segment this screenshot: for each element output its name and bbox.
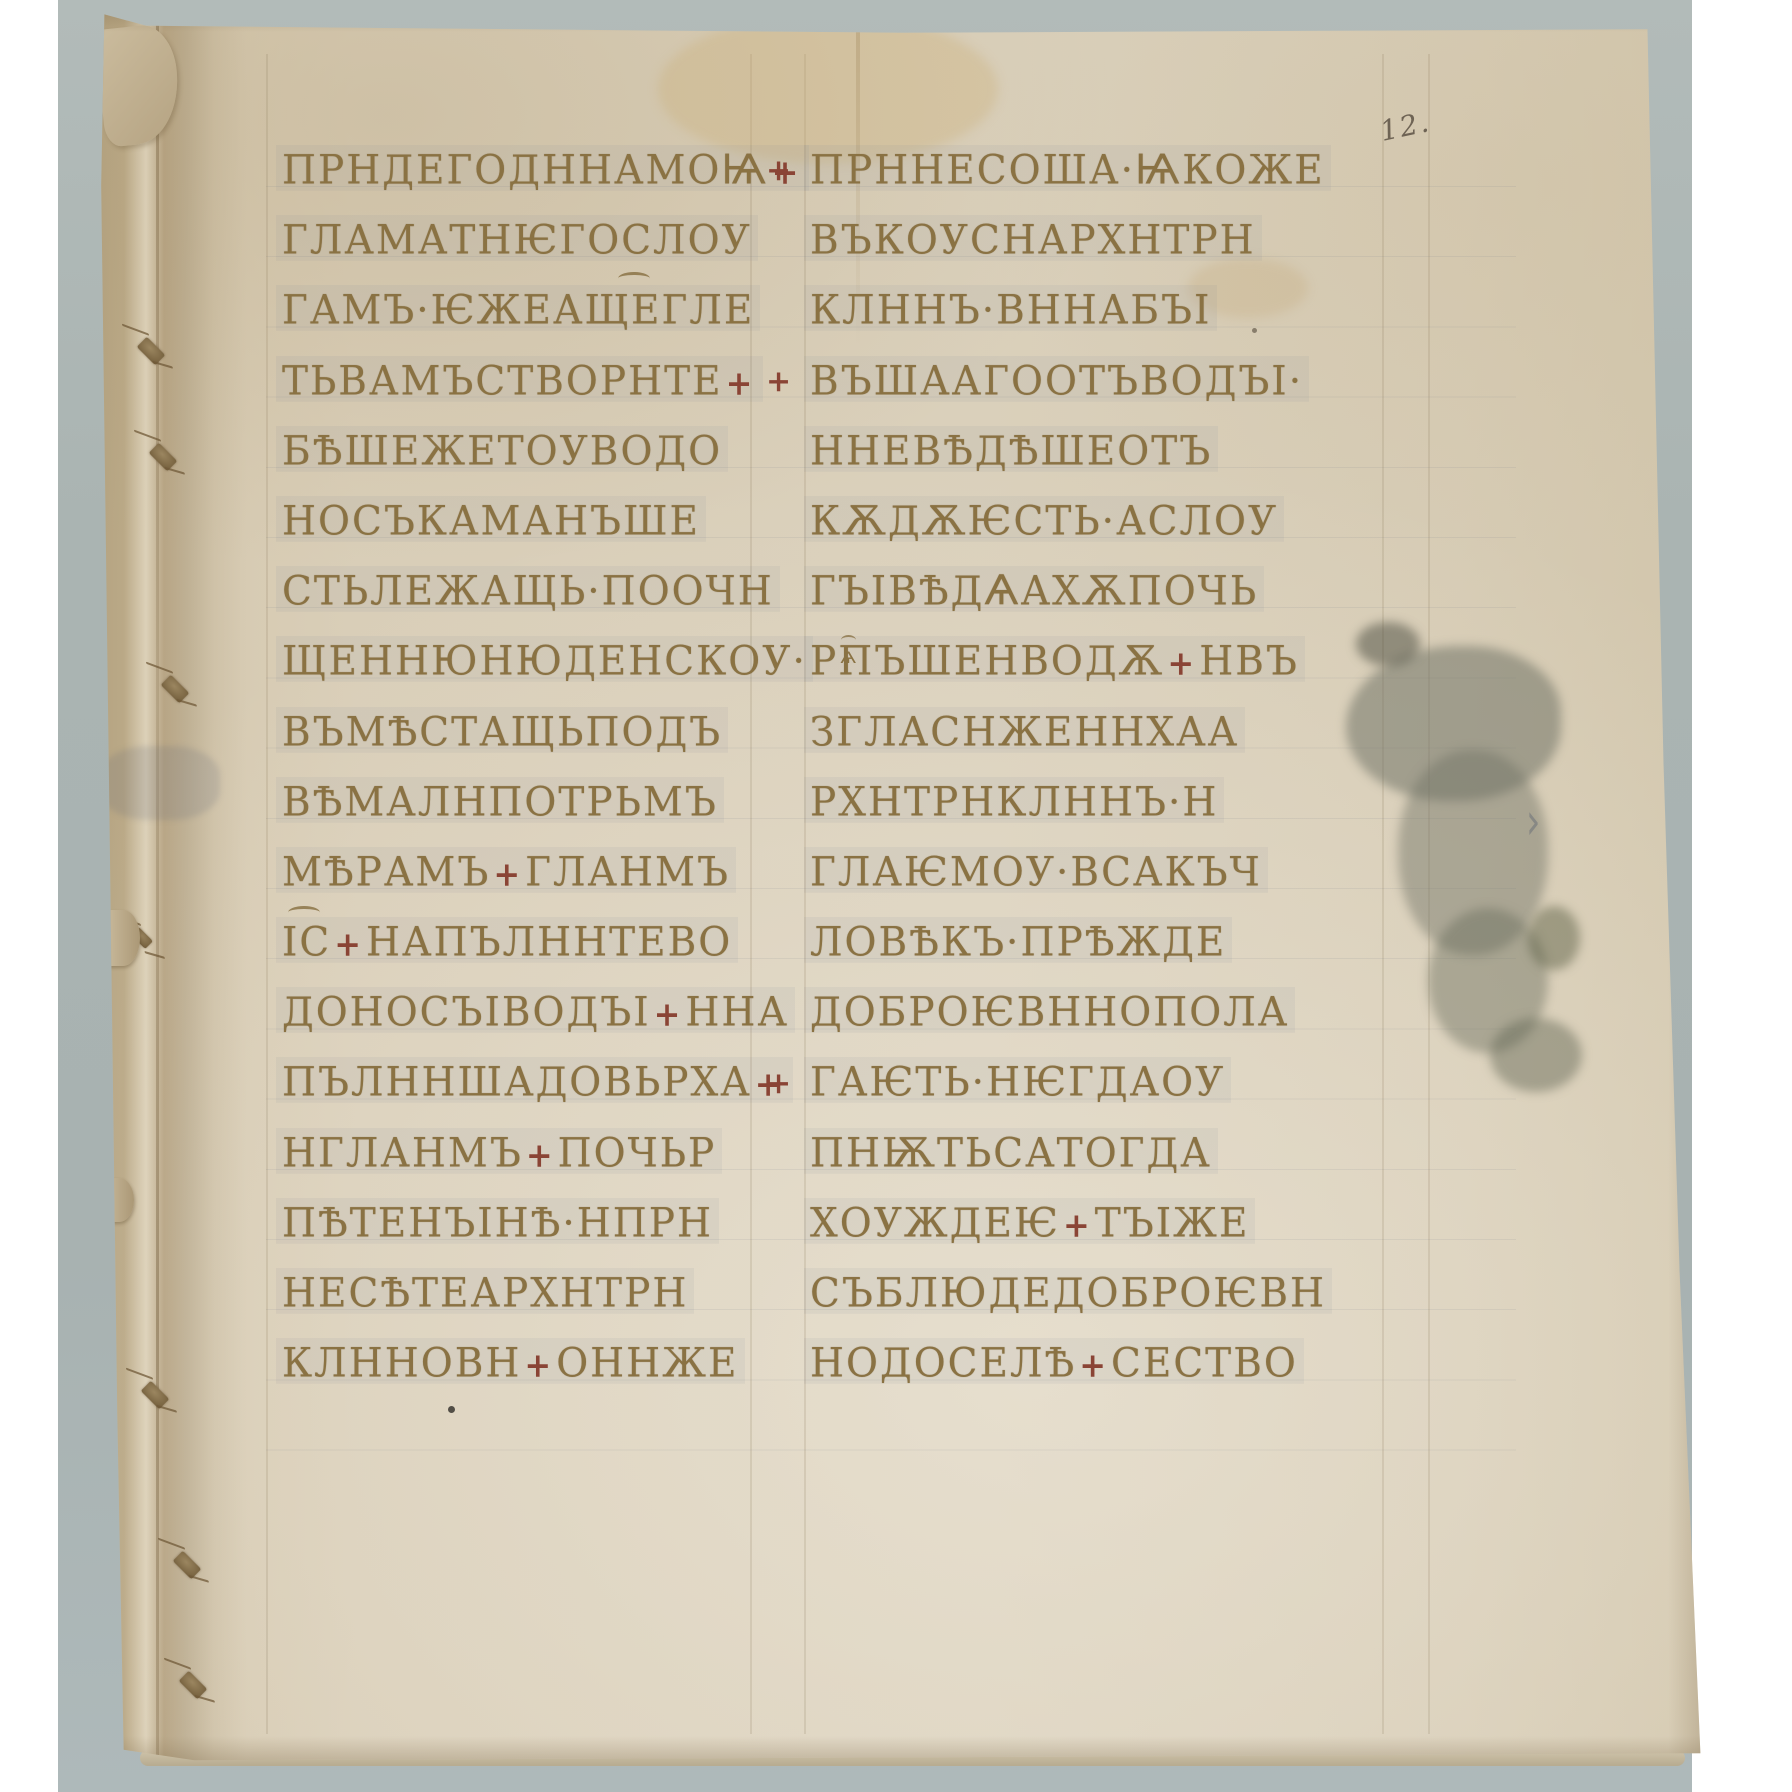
- text-line: ТЬВАМЪСТВОРНТЕ+: [282, 345, 757, 418]
- rubric-cross-icon: +: [1079, 1345, 1108, 1385]
- text-line: РХНТРНКЛННЪ·Н: [810, 766, 1218, 839]
- interlinear-correction: ѧ: [840, 644, 856, 668]
- text-line: ВЪКОУСНАРХНТРН: [810, 205, 1256, 278]
- rubric-cross-icon: +: [726, 363, 755, 403]
- text-line: ВЪМѢСТАЩЬПОДЪ: [282, 696, 722, 769]
- text-line: ЛОВѢКЪ·ПРѢЖДЕ: [810, 907, 1226, 980]
- text-line: ПѢТЕНЪІНѢ·НПРН: [282, 1187, 713, 1260]
- text-line: СТЬЛЕЖАЩЬ·ПООЧН: [282, 556, 774, 629]
- text-line: НОСЪКАМАНЪШЕ: [282, 486, 700, 559]
- text-line: ПРНДЕГОДННАМОѨ+: [282, 135, 803, 208]
- text-line: ГАМЪ·ѤЖЕАЩЕГЛЕ: [282, 275, 754, 348]
- rubric-cross-icon: +: [1167, 644, 1196, 684]
- ruling-line-vertical: [1382, 54, 1384, 1734]
- grey-stain-blob: [1356, 622, 1420, 666]
- text-line: ВЪШААГООТЪВОДЪІ·: [810, 345, 1303, 418]
- ruling-line-vertical: [266, 54, 268, 1734]
- text-line: КЛННЪ·ВННАБЪІ: [810, 275, 1211, 348]
- text-line: ГЛАѤМОУ·ВСАКЪЧ: [810, 836, 1262, 909]
- binding-gutter: [98, 10, 248, 1762]
- text-line: ГАѤТЬ·НѤГДАОУ: [810, 1047, 1225, 1120]
- text-line: КѪДѪѤСТЬ·АСЛОУ: [810, 486, 1278, 559]
- text-line: ЩЕННЮНЮДЕНСКОУ·: [282, 626, 807, 699]
- text-line: ВѢМАЛНПОТРЬМЪ: [282, 766, 718, 839]
- text-line: МѢРАМЪ+ГЛАНМЪ: [282, 836, 730, 909]
- margin-pen-mark: ›: [1526, 794, 1540, 851]
- titlo-mark: [288, 906, 320, 919]
- grey-stain-blob: [1490, 1018, 1582, 1092]
- titlo-mark: [618, 272, 650, 285]
- gutter-fold-line: [156, 10, 159, 1762]
- text-line: ГЛАМАТНѤГОСЛОУ: [282, 205, 752, 278]
- text-line: ДОНОСЪІВОДЪІ+ННА: [282, 977, 789, 1050]
- rubric-cross-icon: +: [334, 924, 363, 964]
- rubric-cross-icon: +: [524, 1345, 553, 1385]
- text-line: РПЪШЕНВОДѪ+НВЪ: [810, 626, 1299, 699]
- text-column-right: ПРННЕСОША·ѨКОЖЕВЪКОУСНАРХНТРНКЛННЪ·ВННАБ…: [810, 136, 1326, 1399]
- text-line: ГЪІВѢДѦАХѪПОЧЬ: [810, 556, 1258, 629]
- rubric-cross-icon: +: [766, 136, 791, 206]
- text-line: НОДОСЕЛѢ+СЕСТВО: [810, 1328, 1298, 1401]
- text-line: КЛННОВН+ОННЖЕ: [282, 1328, 739, 1401]
- text-line: ПЪЛННШАДОВЬРХА+: [282, 1047, 787, 1120]
- text-line: ПРННЕСОША·ѨКОЖЕ: [810, 135, 1325, 208]
- text-line: НГЛАНМЪ+ПОЧЬР: [282, 1117, 716, 1190]
- rubric-cross-icon: +: [526, 1135, 555, 1175]
- text-line: ННЕВѢДѢШЕОТЪ: [810, 415, 1212, 488]
- rubric-cross-icon: +: [654, 995, 683, 1035]
- text-line: БѢШЕЖЕТОУВОДО: [282, 415, 722, 488]
- manuscript-photo-canvas: { "folio": { "number": "12." }, "manuscr…: [0, 0, 1792, 1792]
- text-line: ІС+НАПЪЛННТЕВО: [282, 907, 732, 980]
- rubric-cross-icon: +: [766, 1049, 791, 1119]
- text-line: НЕСѢТЕАРХНТРН: [282, 1258, 688, 1331]
- olive-stain: [1528, 906, 1580, 970]
- rubric-cross-icon: +: [1063, 1205, 1092, 1245]
- rubric-cross-icon: +: [493, 854, 522, 894]
- rubric-cross-icon: +: [766, 347, 791, 417]
- text-line: ЗГЛАСНЖЕННХАА: [810, 696, 1239, 769]
- parchment-page: ПРНДЕГОДННАМОѨ+ГЛАМАТНѤГОСЛОУГАМЪ·ѤЖЕАЩЕ…: [98, 10, 1702, 1762]
- text-line: ПНѬТЬСАТОГДА: [810, 1117, 1212, 1190]
- text-line: ХОУЖДЕѤ+ТЪІЖЕ: [810, 1187, 1249, 1260]
- text-line: СЪБЛЮДЕДОБРОѤВН: [810, 1258, 1326, 1331]
- text-line: ДОБРОѤВННОПОЛА: [810, 977, 1289, 1050]
- folio-number: 12.: [1377, 105, 1433, 148]
- bleedthrough-smudge: [100, 746, 220, 820]
- text-column-left: ПРНДЕГОДННАМОѨ+ГЛАМАТНѤГОСЛОУГАМЪ·ѤЖЕАЩЕ…: [282, 136, 807, 1399]
- ink-speck: [448, 1406, 455, 1413]
